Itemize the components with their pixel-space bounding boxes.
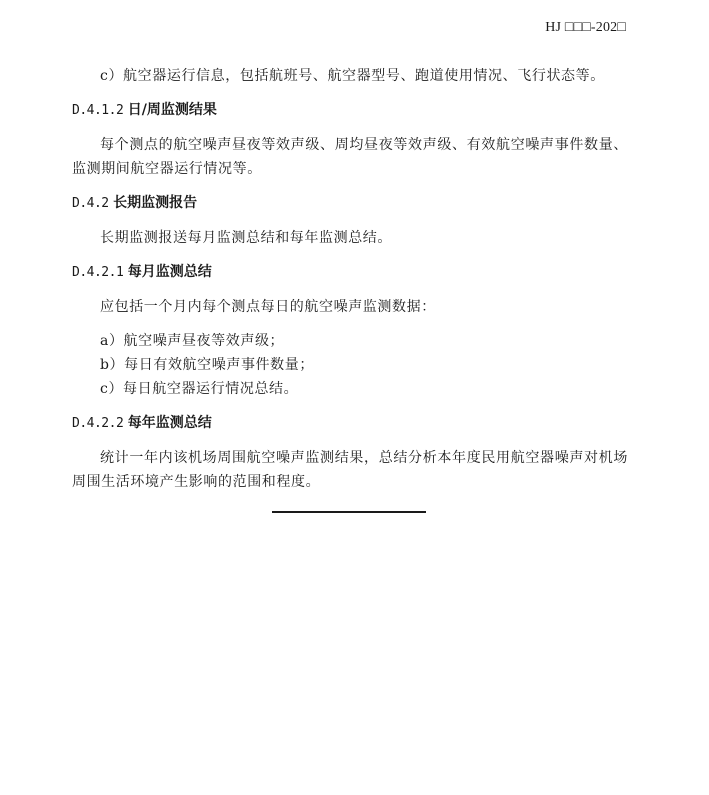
document-body: c）航空器运行信息，包括航班号、航空器型号、跑道使用情况、飞行状态等。 D.4.… xyxy=(72,64,628,494)
section-heading-d412: D.4.1.2 日/周监测结果 xyxy=(72,98,628,123)
section-number: D.4.2 xyxy=(72,196,109,211)
section-number: D.4.2.2 xyxy=(72,416,123,431)
standard-code-header: HJ □□□-202□ xyxy=(545,20,626,36)
list-item-c-aircraft-info: c）航空器运行信息，包括航班号、航空器型号、跑道使用情况、飞行状态等。 xyxy=(72,64,628,88)
section-title: 每月监测总结 xyxy=(128,264,212,280)
list-item-a: a）航空噪声昼夜等效声级； xyxy=(72,329,628,353)
section-title: 日/周监测结果 xyxy=(128,102,217,118)
document-page: HJ □□□-202□ c）航空器运行信息，包括航班号、航空器型号、跑道使用情况… xyxy=(0,0,709,795)
section-number: D.4.1.2 xyxy=(72,103,123,118)
list-item-c: c）每日航空器运行情况总结。 xyxy=(72,377,628,401)
section-body-d422: 统计一年内该机场周围航空噪声监测结果，总结分析本年度民用航空器噪声对机场周围生活… xyxy=(72,446,628,494)
section-heading-d422: D.4.2.2 每年监测总结 xyxy=(72,411,628,436)
section-body-d412: 每个测点的航空噪声昼夜等效声级、周均昼夜等效声级、有效航空噪声事件数量、监测期间… xyxy=(72,133,628,181)
section-title: 长期监测报告 xyxy=(113,195,197,211)
section-body-d42: 长期监测报送每月监测总结和每年监测总结。 xyxy=(72,226,628,250)
end-of-document-rule xyxy=(272,511,426,513)
list-item-b: b）每日有效航空噪声事件数量； xyxy=(72,353,628,377)
section-heading-d421: D.4.2.1 每月监测总结 xyxy=(72,260,628,285)
section-heading-d42: D.4.2 长期监测报告 xyxy=(72,191,628,216)
section-title: 每年监测总结 xyxy=(128,415,212,431)
section-body-d421: 应包括一个月内每个测点每日的航空噪声监测数据： xyxy=(72,295,628,319)
section-number: D.4.2.1 xyxy=(72,265,123,280)
